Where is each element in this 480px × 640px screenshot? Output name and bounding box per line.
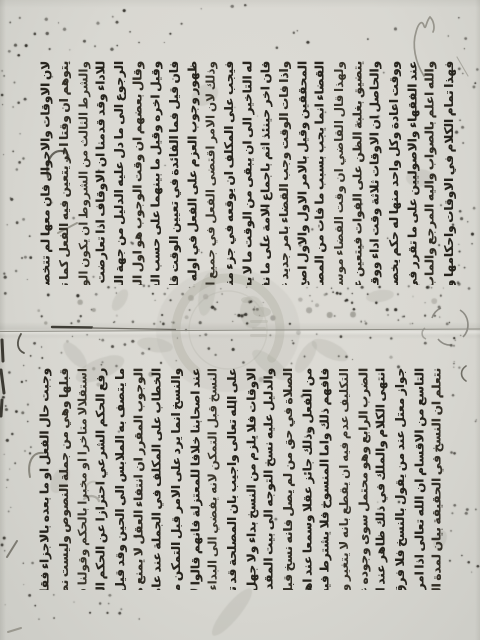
manuscript-text-line: فهذا تمام الكلام في الاوقات واحكامها وبا… [440, 61, 458, 285]
manuscript-text-line: والدليل عليه نسخ التوجه الى بيت المقدس ق… [260, 368, 279, 590]
manuscript-text-line: واذا فات الوقت وجب القضاء بامر جديد عند … [275, 61, 293, 285]
manuscript-text-line: انتهى الكلام والملك في ذلك ظاهر عند المح… [372, 368, 391, 590]
manuscript-text-line: لان الاوقات والاحوال فان معها لم تتخصص و… [37, 61, 55, 285]
manuscript-text-line: والحاصل ان الاوقات ثلاثة وقت اداء ووقت ق… [366, 61, 384, 285]
small-gamma-mark [18, 334, 24, 353]
manuscript-text-line: المحققين وقيل بالامر الاول والاول اصح لا… [294, 61, 312, 285]
manuscript-text-line: جواز معتل عند من يقول بالنسخ فلا فرق بين… [391, 368, 410, 590]
manuscript-text-line: وقال بعضهم ان وقت الوجوب هو اول الوقت مط… [129, 61, 147, 285]
manuscript-text-line: الاوقات فلا يلزم من النسخ بداء ولا جهل و… [242, 368, 261, 590]
text-block-top-rotated: لان الاوقات والاحوال فان معها لم تتخصص و… [37, 61, 458, 285]
broken-circle-stamp-icon [422, 308, 468, 345]
manuscript-text-line: والنسخ انما يرد على الامر قبل التمكن من … [167, 368, 186, 590]
manuscript-text-line: نتعلم ان النسخ في الحقيقة بيان لمدة الحك… [428, 368, 447, 590]
manuscript-text-line: ووقت اعادة وكل واحد منها له حكم يخصه عند… [385, 61, 403, 285]
fold-line [0, 327, 480, 332]
right-curl-mark [462, 366, 467, 381]
manuscript-text-line: الرجوع الى ما دل عليه الدليل من جهة الشر… [110, 61, 128, 285]
manuscript-text-line: قبلها وهي من جملة النصوص وليست نصا في ذل… [55, 368, 74, 590]
manuscript-text-line: للاداء وقد قدمنا ان الاوقاف اذا تعارضت و… [91, 61, 109, 285]
manuscript-text-line: الصلاة في حق من لم يصل فانه نسخ قبل التم… [279, 368, 298, 590]
manuscript-text-line: وجبت حال الفعل او ما بعده بالاجزاء فقلنا… [36, 368, 54, 590]
manuscript-text-line: ما يتصف به الملابس الى الحين وقد قيل ان … [111, 368, 130, 590]
manuscript-text-line: والشرط الثالث من الشروط ان يكون الوقت قا… [74, 61, 92, 285]
manuscript-text-line: وقيل اخره وقيل ما بينهما على حسب القدرة … [146, 61, 164, 285]
manuscript-text-line: عند اصحابنا خلافا للمعتزلة فانهم قالوا ل… [186, 368, 205, 590]
manuscript-text-line: فافهم ذلك واما المنسوخ فلا يشترط فيه بقا… [316, 368, 335, 590]
manuscript-text-line: الضرب الرابع وهو محتمل سوى وجوده عندهم ف… [354, 368, 373, 590]
manuscript-text-line: رفع الحكم الشرعي احترازا عن الحكم العقلي… [92, 368, 111, 590]
manuscript-text-line: الخطاب على المكلف في الجملة عند عامة الع… [148, 368, 167, 590]
manuscript-text-line: فان قيل فما الفائدة في تعيين الوقت قلنا … [165, 61, 183, 285]
manuscript-text-line: عند الفقهاء والاصوليين على ما تقرر في مو… [403, 61, 421, 285]
manuscript-text-line: على الله تعالى واجيب بان المصلحة قد تتبد… [223, 368, 242, 590]
manuscript-text-line: والله اعلم بالصواب واليه المرجع والماب ف… [421, 61, 439, 285]
manuscript-text-line: النسخ قبل التمكن لانه يفضي الى البداء وه… [204, 368, 223, 590]
manuscript-text-line: القضاء انما يجب بسبب ما فات من المصلحة ا… [311, 61, 329, 285]
bottom-dash-mark [8, 628, 21, 632]
manuscript-text-line: يتوهم ان وقتا اخر يتعين فيه الفعل كما تق… [55, 61, 73, 285]
manuscript-text-line: الوجوب المقرر ان انتفاء العقل لا يمنع من… [130, 368, 149, 590]
manuscript-text-line: وذلك لان الامر اقتضى الفعل في جميع الوقت… [201, 61, 219, 285]
text-block-bottom-rotated: وجبت حال الفعل او ما بعده بالاجزاء فقلنا… [36, 368, 447, 590]
manuscript-text-line: ظهور وجوب العزم على الفعل في اوله عند ال… [184, 61, 202, 285]
left-edge-marks [1, 340, 4, 416]
manuscript-text-line: فيجب على المكلف ان يوقعه في جزء منه ولا … [220, 61, 238, 285]
manuscript-text-line: يتضيق بغلبة الظن على الفوات فيتعين عليه … [349, 61, 367, 285]
manuscript-text-line: ولهذا قال القاضي ان وقت القضاء موسع ابدا… [330, 61, 348, 285]
manuscript-text-line: فان اخر حينئذ اثم باجماع الامة على ما نق… [256, 61, 274, 285]
manuscript-text-line: استقلالا متاخرا او مخبرا بالحكم وقولنا ف… [74, 368, 93, 590]
manuscript-text-line: من الفعل وذلك جائز عقلا وسمعا عند اهل ال… [298, 368, 317, 590]
manuscript-text-line: التاسع من الاقسام ان الله تعالى اذا امر … [410, 368, 429, 590]
manuscript-text-line: له التاخير الى ان يبقى من الوقت ما لا يس… [239, 61, 257, 285]
manuscript-scan-page: لان الاوقات والاحوال فان معها لم تتخصص و… [0, 0, 480, 640]
margin-slash-mark [7, 541, 17, 557]
text-block-top: لان الاوقات والاحوال فان معها لم تتخصص و… [37, 61, 458, 285]
text-block-bottom: وجبت حال الفعل او ما بعده بالاجزاء فقلنا… [36, 368, 447, 590]
manuscript-text-line: التكليف عدم فيه ان يقطع بانه لا يتغير وا… [335, 368, 354, 590]
